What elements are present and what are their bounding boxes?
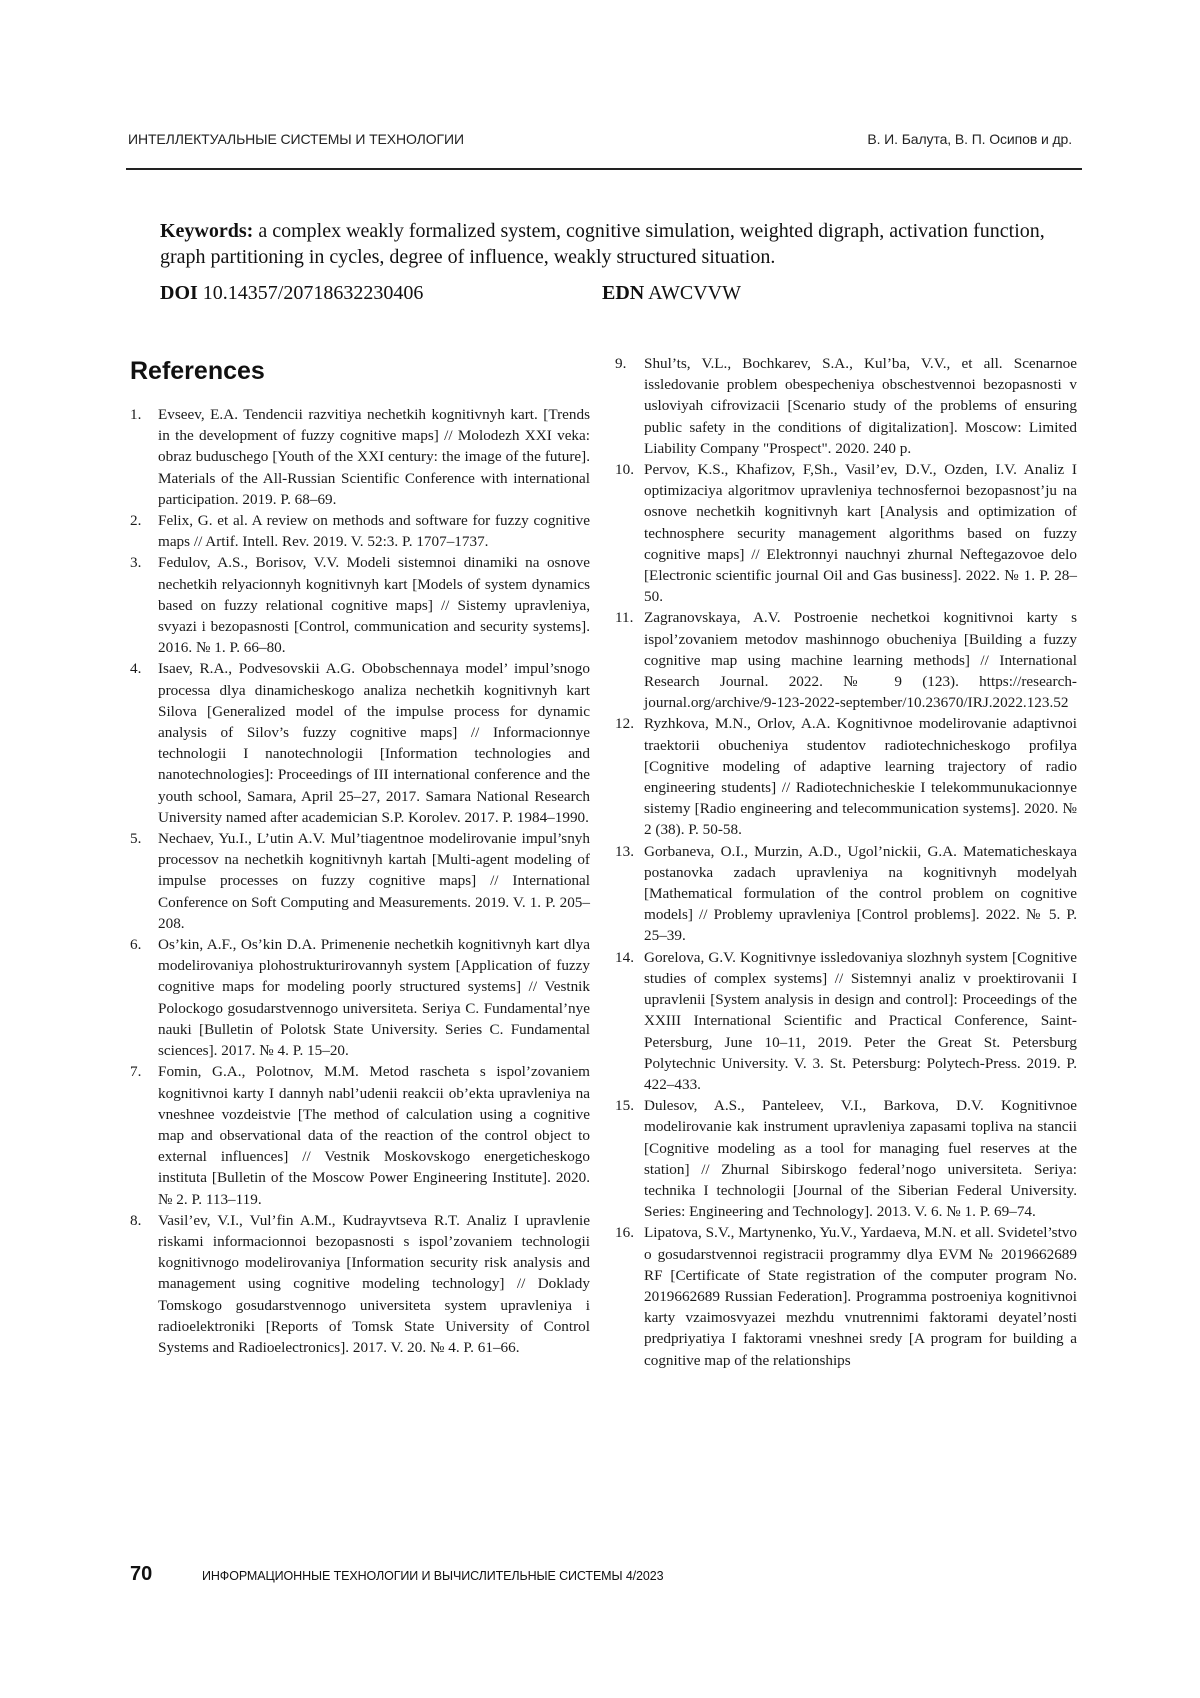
edn: EDN AWCVVW [602,282,741,305]
page-number: 70 [130,1563,202,1586]
references-heading: References [130,357,265,386]
journal-title: ИНФОРМАЦИОННЫЕ ТЕХНОЛОГИИ И ВЫЧИСЛИТЕЛЬН… [202,1569,663,1583]
reference-item: 13.Gorbaneva, O.I., Murzin, A.D., Ugol’n… [615,841,1077,947]
doi-label: DOI [160,282,198,304]
reference-item: 2.Felix, G. et al. A review on methods a… [130,510,590,552]
reference-item: 9.Shul’ts, V.L., Bochkarev, S.A., Kul’ba… [615,353,1077,459]
reference-item: 14.Gorelova, G.V. Kognitivnye issledovan… [615,947,1077,1095]
edn-value: AWCVVW [644,282,741,304]
keywords-paragraph: Keywords: a complex weakly formalized sy… [160,218,1080,270]
reference-item: 15.Dulesov, A.S., Panteleev, V.I., Barko… [615,1095,1077,1222]
reference-item: 6.Os’kin, A.F., Os’kin D.A. Primenenie n… [130,934,590,1061]
reference-item: 11.Zagranovskaya, A.V. Postroenie nechet… [615,607,1077,713]
keywords-label: Keywords: [160,220,253,242]
reference-item: 1.Evseev, E.A. Tendencii razvitiya neche… [130,404,590,510]
reference-item: 3.Fedulov, A.S., Borisov, V.V. Modeli si… [130,552,590,658]
reference-item: 16.Lipatova, S.V., Martynenko, Yu.V., Ya… [615,1222,1077,1370]
running-authors: В. И. Балута, В. П. Осипов и др. [867,131,1072,147]
doi-value: 10.14357/20718632230406 [198,282,424,304]
section-title: ИНТЕЛЛЕКТУАЛЬНЫЕ СИСТЕМЫ И ТЕХНОЛОГИИ [128,131,464,147]
reference-item: 5.Nechaev, Yu.I., L’utin A.V. Mul’tiagen… [130,828,590,934]
running-head: ИНТЕЛЛЕКТУАЛЬНЫЕ СИСТЕМЫ И ТЕХНОЛОГИИ В.… [128,131,1072,147]
reference-item: 4.Isaev, R.A., Podvesovskii A.G. Obobsch… [130,658,590,828]
reference-item: 10.Pervov, K.S., Khafizov, F,Sh., Vasil’… [615,459,1077,607]
reference-item: 7.Fomin, G.A., Polotnov, M.M. Metod rasc… [130,1061,590,1209]
reference-item: 12.Ryzhkova, M.N., Orlov, A.A. Kognitivn… [615,713,1077,840]
doi: DOI 10.14357/20718632230406 [160,282,423,305]
references-left-column: 1.Evseev, E.A. Tendencii razvitiya neche… [130,404,590,1358]
page-footer: 70 ИНФОРМАЦИОННЫЕ ТЕХНОЛОГИИ И ВЫЧИСЛИТЕ… [130,1563,663,1586]
header-rule [126,168,1082,170]
reference-item: 8.Vasil’ev, V.I., Vul’fin A.M., Kudrayvt… [130,1210,590,1358]
keywords-text: a complex weakly formalized system, cogn… [160,220,1045,268]
references-right-column: 9.Shul’ts, V.L., Bochkarev, S.A., Kul’ba… [615,353,1077,1371]
edn-label: EDN [602,282,644,304]
